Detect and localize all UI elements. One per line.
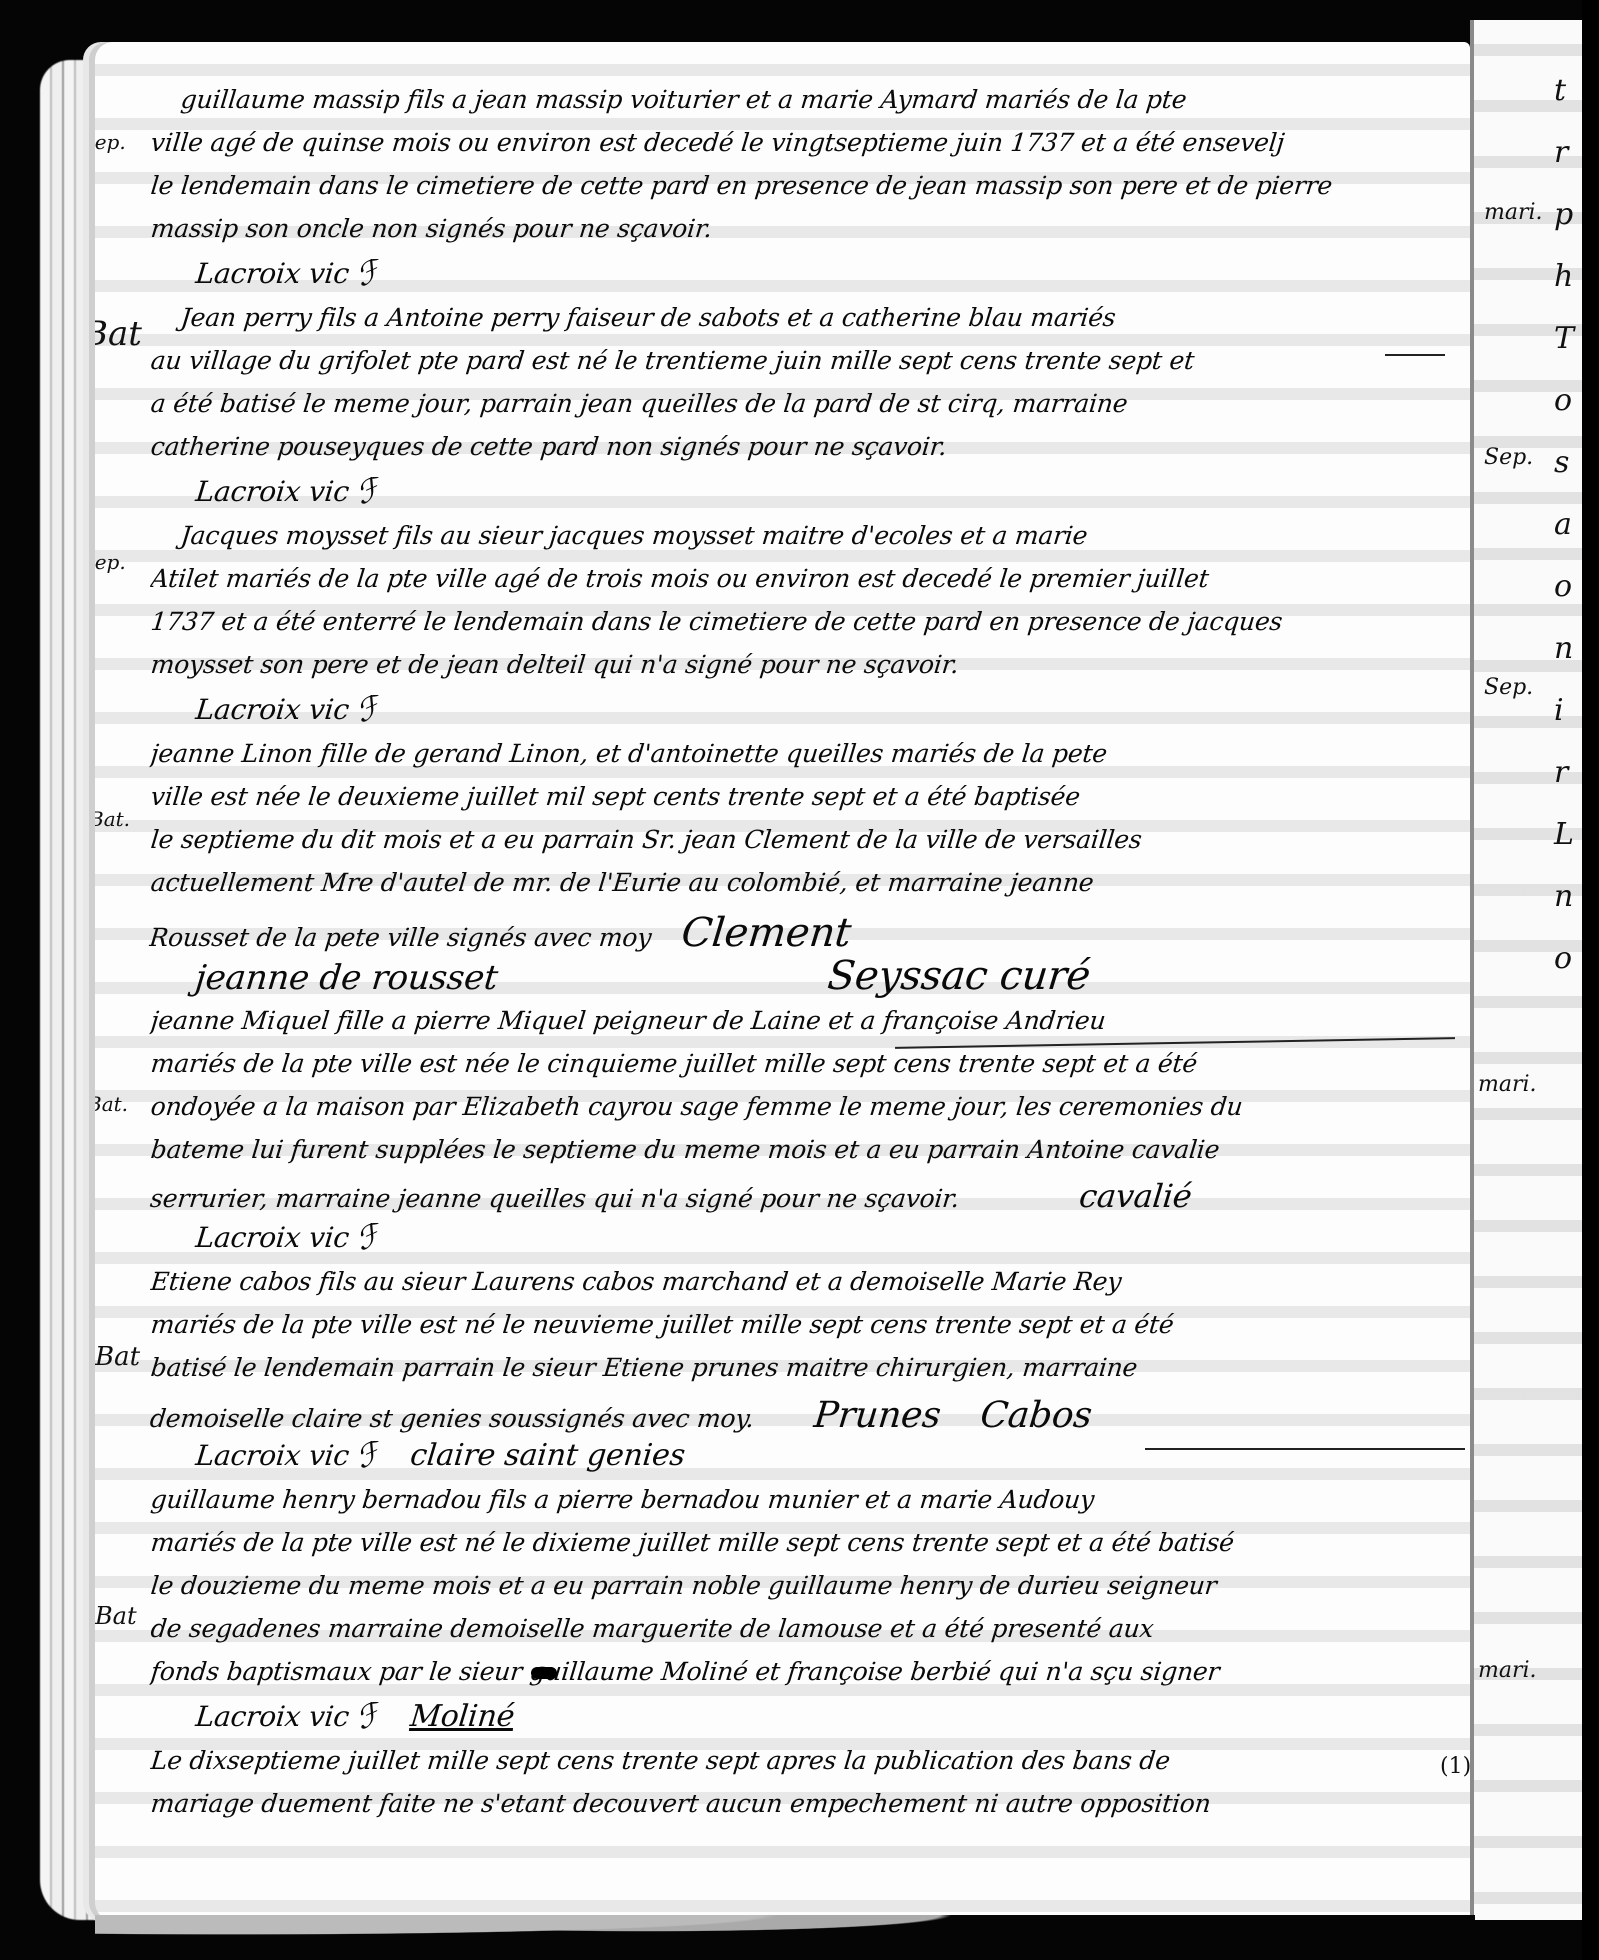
entry-line: guillaume massip fils a jean massip voit… — [148, 87, 1463, 130]
entry-line: massip son oncle non signés pour ne sçav… — [148, 216, 1463, 259]
signature-cavalie: cavalié — [1078, 1180, 1194, 1212]
facing-margin-note: mari. — [1484, 200, 1543, 225]
facing-page-edge-letters: t r p h T o s a o n i r L n o — [1554, 60, 1580, 990]
edge-letter: h — [1554, 246, 1580, 308]
entry-line: ville est née le deuxieme juillet mil se… — [148, 784, 1463, 827]
margin-note-sepulture: Sep. — [95, 130, 126, 154]
entry-line: Etiene cabos fils au sieur Laurens cabos… — [148, 1269, 1463, 1312]
signature-clement: Clement — [680, 913, 853, 953]
entry-line: mariage duement faite ne s'etant decouve… — [148, 1791, 1463, 1834]
entry-line-text: Rousset de la pete ville signés avec moy — [148, 923, 653, 952]
signature-line: Lacroix vicℱ — [148, 259, 1463, 305]
edge-letter: r — [1554, 742, 1580, 804]
margin-note-bapteme: Bat. — [95, 1092, 128, 1116]
edge-letter: L — [1554, 804, 1580, 866]
entry-line: mariés de la pte ville est né le dixieme… — [148, 1530, 1463, 1573]
margin-note-bapteme: Bat — [95, 314, 142, 354]
signature-vicar: Lacroix vic — [194, 1441, 351, 1472]
signature-godmother: jeanne de rousset — [193, 958, 499, 998]
entry-baptism-etiene-cabos: Etiene cabos fils au sieur Laurens cabos… — [150, 1269, 1460, 1487]
entry-line-text: demoiselle claire st genies soussignés a… — [149, 1404, 756, 1433]
line-filler-dash — [1385, 354, 1445, 356]
signature-cabos: Cabos — [979, 1398, 1094, 1434]
entry-line: jeanne Miquel fille a pierre Miquel peig… — [148, 1008, 1463, 1051]
signature-claire-saint-genies: claire saint genies — [409, 1441, 687, 1471]
entry-line: le douzieme du meme mois et a eu parrain… — [148, 1573, 1463, 1616]
signature-vicar: Lacroix vic — [194, 1223, 351, 1254]
signature-line: jeanne de roussetSeyssac curé — [147, 956, 1462, 1008]
entries-block: guillaume massip fils a jean massip voit… — [150, 87, 1460, 1834]
edge-letter: o — [1554, 370, 1580, 432]
entry-line: bateme lui furent supplées le septieme d… — [148, 1137, 1463, 1180]
edge-letter: p — [1554, 184, 1580, 246]
signature-line: Lacroix vicℱMoliné — [148, 1702, 1463, 1748]
margin-note-bapteme: Bat — [95, 1342, 140, 1372]
entry-line: de segadenes marraine demoiselle marguer… — [148, 1616, 1463, 1659]
signature-vicar: Lacroix vic — [194, 259, 351, 290]
signature-vicar: Lacroix vic — [194, 695, 351, 726]
entry-baptism-jean-perry: Jean perry fils a Antoine perry faiseur … — [150, 305, 1460, 523]
signature-prunes: Prunes — [812, 1398, 942, 1434]
margin-note-bapteme: Bat. — [95, 807, 130, 831]
register-page: guillaume massip fils a jean massip voit… — [95, 42, 1470, 1922]
entry-line: Atilet mariés de la pte ville agé de tro… — [148, 566, 1463, 609]
edge-letter: t — [1554, 60, 1580, 122]
entry-marriage: Le dixseptieme juillet mille sept cens t… — [150, 1748, 1460, 1834]
entry-line: Rousset de la pete ville signés avec moy… — [148, 913, 1463, 956]
margin-note-bapteme: Bat — [95, 1602, 137, 1630]
signature-flourish-icon: ℱ — [353, 259, 385, 293]
entry-baptism-guillaume-bernadou: guillaume henry bernadou fils a pierre b… — [150, 1487, 1460, 1748]
entry-line: batisé le lendemain parrain le sieur Eti… — [148, 1355, 1463, 1398]
entry-line: 1737 et a été enterré le lendemain dans … — [148, 609, 1463, 652]
entry-line: actuellement Mre d'autel de mr. de l'Eur… — [148, 870, 1463, 913]
edge-letter: i — [1554, 680, 1580, 742]
entry-line: fonds baptismaux par le sieur guillaume … — [148, 1659, 1463, 1702]
signature-moline: Moliné — [409, 1702, 516, 1732]
entry-burial-guillaume-massip: guillaume massip fils a jean massip voit… — [150, 87, 1460, 305]
signature-flourish-icon: ℱ — [353, 1702, 385, 1736]
scan-border — [1582, 0, 1599, 1960]
edge-letter: n — [1554, 618, 1580, 680]
entry-baptism-jeanne-miquel: jeanne Miquel fille a pierre Miquel peig… — [150, 1008, 1460, 1269]
signature-vicar: Lacroix vic — [194, 477, 351, 508]
signature-vicar: Lacroix vic — [194, 1702, 351, 1733]
edge-letter: T — [1554, 308, 1580, 370]
entry-burial-jacques-moysset: Jacques moysset fils au sieur jacques mo… — [150, 523, 1460, 741]
entry-line: moysset son pere et de jean delteil qui … — [148, 652, 1463, 695]
entry-line: le lendemain dans le cimetiere de cette … — [148, 173, 1463, 216]
entry-line: le septieme du dit mois et a eu parrain … — [148, 827, 1463, 870]
entry-line: serrurier, marraine jeanne queilles qui … — [148, 1180, 1463, 1223]
entry-line: jeanne Linon fille de gerand Linon, et d… — [148, 741, 1463, 784]
entry-line: guillaume henry bernadou fils a pierre b… — [148, 1487, 1463, 1530]
entry-line: a été batisé le meme jour, parrain jean … — [148, 391, 1463, 434]
entry-line: ville agé de quinse mois ou environ est … — [148, 130, 1463, 173]
signature-flourish-icon: ℱ — [353, 1223, 385, 1257]
entry-line: ondoyée a la maison par Elizabeth cayrou… — [148, 1094, 1463, 1137]
entry-line-text: serrurier, marraine jeanne queilles qui … — [149, 1184, 961, 1213]
signature-flourish-icon: ℱ — [353, 695, 385, 729]
signature-underline — [1145, 1448, 1465, 1450]
entry-line: Jean perry fils a Antoine perry faiseur … — [148, 305, 1463, 348]
signature-line: Lacroix vicℱ — [148, 477, 1463, 523]
torn-bottom-edge — [95, 1915, 1475, 1960]
entry-line: Le dixseptieme juillet mille sept cens t… — [148, 1748, 1463, 1791]
entry-line: au village du grifolet pte pard est né l… — [148, 348, 1463, 391]
folio-number: (1) — [1440, 1754, 1470, 1779]
entry-line: mariés de la pte ville est née le cinqui… — [148, 1051, 1463, 1094]
edge-letter: s — [1554, 432, 1580, 494]
facing-margin-note: mari. — [1478, 1072, 1537, 1097]
signature-cure: Seyssac curé — [826, 956, 1092, 996]
facing-margin-note: Sep. — [1484, 445, 1533, 470]
facing-margin-note: Sep. — [1484, 675, 1533, 700]
signature-line: Lacroix vicℱ — [148, 1223, 1463, 1269]
signature-flourish-icon: ℱ — [353, 477, 385, 511]
entry-line: Jacques moysset fils au sieur jacques mo… — [148, 523, 1463, 566]
edge-letter: r — [1554, 122, 1580, 184]
edge-letter: o — [1554, 556, 1580, 618]
edge-letter: n — [1554, 866, 1580, 928]
facing-margin-note: mari. — [1478, 1658, 1537, 1683]
ink-blot — [531, 1667, 557, 1679]
margin-note-sepulture: Sep. — [95, 550, 126, 574]
signature-line: Lacroix vicℱ — [148, 695, 1463, 741]
entry-baptism-jeanne-linon: jeanne Linon fille de gerand Linon, et d… — [150, 741, 1460, 1008]
entry-line: mariés de la pte ville est né le neuviem… — [148, 1312, 1463, 1355]
edge-letter: a — [1554, 494, 1580, 556]
facing-page: mari. Sep. Sep. mari. mari. t r p h T o … — [1470, 20, 1584, 1920]
entry-line: demoiselle claire st genies soussignés a… — [148, 1398, 1463, 1441]
signature-flourish-icon: ℱ — [353, 1441, 385, 1475]
edge-letter: o — [1554, 928, 1580, 990]
entry-line: catherine pouseyques de cette pard non s… — [148, 434, 1463, 477]
